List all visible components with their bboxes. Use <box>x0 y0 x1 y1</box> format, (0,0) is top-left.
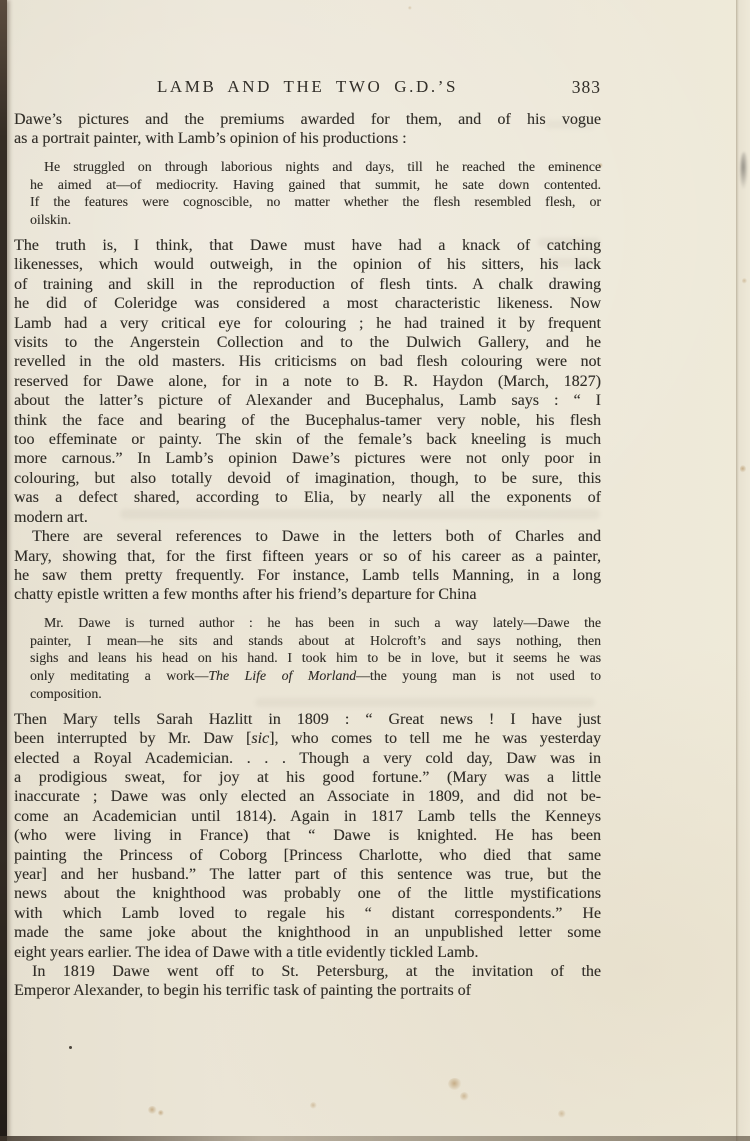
text-line: There are several references to Dawe in … <box>14 527 601 546</box>
paragraph: There are several references to Dawe in … <box>14 527 601 605</box>
block-quote: Mr. Dawe is turned author : he has been … <box>30 614 601 703</box>
text-line: modern art. <box>14 508 601 527</box>
foxing-spot <box>558 1110 566 1118</box>
text-line: sighs and leans his head on his hand. I … <box>30 649 601 667</box>
text-line: The truth is, I think, that Dawe must ha… <box>14 236 601 255</box>
text-line: with which Lamb loved to regale his “ di… <box>14 904 601 923</box>
italic-text: The Life of Morland <box>208 668 356 683</box>
text-line: Then Mary tells Sarah Hazlitt in 1809 : … <box>14 710 601 729</box>
text-line: (who were living in France) that “ Dawe … <box>14 826 601 845</box>
text-line: If the features were cognoscible, no mat… <box>30 193 601 211</box>
text-line: colouring, but also totally devoid of im… <box>14 469 601 488</box>
running-header: LAMB AND THE TWO G.D.’S 383 <box>14 77 601 101</box>
text-line: think the face and bearing of the Buceph… <box>14 411 601 430</box>
text-line: elected a Royal Academician. . . . Thoug… <box>14 749 601 768</box>
edge-smudge <box>740 152 748 190</box>
text-line: composition. <box>30 685 601 703</box>
text-line: visits to the Angerstein Collection and … <box>14 333 601 352</box>
text-line: Lamb had a very critical eye for colouri… <box>14 314 601 333</box>
foxing-spot <box>310 1102 317 1109</box>
scan-left-edge <box>0 0 7 1141</box>
block-quote: He struggled on through laborious nights… <box>30 158 601 229</box>
text-line: chatty epistle written a few months afte… <box>14 585 601 604</box>
paragraph: In 1819 Dawe went off to St. Petersburg,… <box>14 962 601 1001</box>
text-line: of training and skill in the reproductio… <box>14 275 601 294</box>
foxing-spot <box>408 6 412 10</box>
text-line: was a defect shared, according to Elia, … <box>14 488 601 507</box>
foxing-spot <box>148 1106 157 1114</box>
scan-bottom-edge <box>0 1136 750 1141</box>
foxing-spot <box>740 465 746 473</box>
text-line: likenesses, which would outweigh, in the… <box>14 255 601 274</box>
text-line: he did of Coleridge was considered a mos… <box>14 294 601 313</box>
book-page: LAMB AND THE TWO G.D.’S 383 Dawe’s pictu… <box>0 0 750 1141</box>
text-line: he aimed at—of mediocrity. Having gained… <box>30 176 601 194</box>
header-title: LAMB AND THE TWO G.D.’S <box>14 77 601 97</box>
foxing-spot <box>460 1092 469 1101</box>
text-line: year] and her husband.” The latter part … <box>14 865 601 884</box>
foxing-spot <box>448 1078 462 1090</box>
paragraph: Then Mary tells Sarah Hazlitt in 1809 : … <box>14 710 601 962</box>
text-line: Emperor Alexander, to begin his terrific… <box>14 981 601 1000</box>
text-line: painting the Princess of Coborg [Princes… <box>14 846 601 865</box>
text-line: been interrupted by Mr. Daw [sic], who c… <box>14 729 601 748</box>
page-text: Dawe’s pictures and the premiums awarded… <box>14 110 601 1001</box>
text-line: reserved for Dawe alone, for in a note t… <box>14 372 601 391</box>
italic-text: sic <box>251 730 269 747</box>
text-line: painter, I mean—he sits and stands about… <box>30 632 601 650</box>
text-line: inaccurate ; Dawe was only elected an As… <box>14 787 601 806</box>
text-line: Mr. Dawe is turned author : he has been … <box>30 614 601 632</box>
text-line: as a portrait painter, with Lamb’s opini… <box>14 129 601 148</box>
foxing-spot <box>158 1110 164 1116</box>
paragraph: The truth is, I think, that Dawe must ha… <box>14 236 601 527</box>
paragraph: Dawe’s pictures and the premiums awarded… <box>14 110 601 149</box>
text-line: made the same joke about the knighthood … <box>14 923 601 942</box>
text-line: too effeminate or painty. The skin of th… <box>14 430 601 449</box>
text-line: Dawe’s pictures and the premiums awarded… <box>14 110 601 129</box>
text-line: eight years earlier. The idea of Dawe wi… <box>14 943 601 962</box>
text-line: He struggled on through laborious nights… <box>30 158 601 176</box>
ink-fleck <box>69 1046 72 1049</box>
text-line: about the latter’s picture of Alexander … <box>14 391 601 410</box>
text-line: news about the knighthood was probably o… <box>14 884 601 903</box>
page-number: 383 <box>572 77 601 98</box>
text-line: come an Academician until 1814). Again i… <box>14 807 601 826</box>
text-line: only meditating a work—The Life of Morla… <box>30 667 601 685</box>
text-line: In 1819 Dawe went off to St. Petersburg,… <box>14 962 601 981</box>
text-line: more carnous.” In Lamb’s opinion Dawe’s … <box>14 449 601 468</box>
text-line: a prodigious sweat, for joy at his good … <box>14 768 601 787</box>
text-line: Mary, showing that, for the first fiftee… <box>14 547 601 566</box>
text-line: oilskin. <box>30 211 601 229</box>
text-line: he saw them pretty frequently. For insta… <box>14 566 601 585</box>
foxing-spot <box>742 278 747 284</box>
text-line: revelled in the old masters. His critici… <box>14 352 601 371</box>
